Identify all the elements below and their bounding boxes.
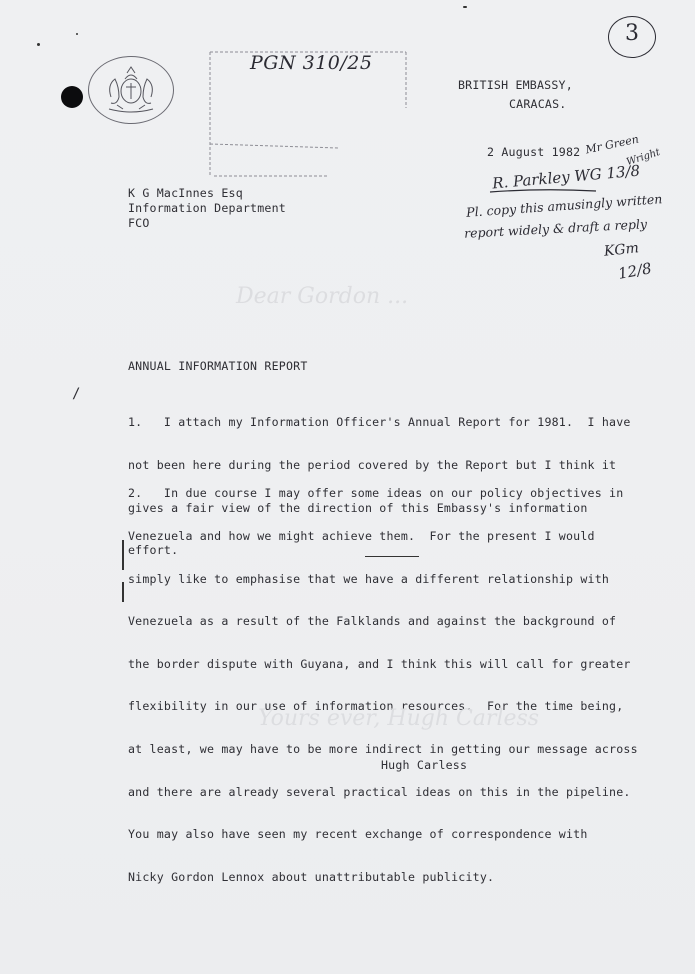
paragraph-line: You may also have seen my recent exchang…	[128, 827, 638, 841]
speck	[463, 6, 467, 8]
letter-date: 2 August 1982	[487, 145, 580, 159]
sender-line-2: CARACAS.	[509, 97, 566, 111]
sender-line-1: BRITISH EMBASSY,	[458, 78, 573, 92]
signature-name: Hugh Carless	[381, 758, 467, 772]
document-page: PGN 310/25 3 BRITISH EMBASSY, CARACAS. 2…	[0, 0, 695, 974]
circled-page-number: 3	[608, 16, 656, 58]
annotation-signoff-initials: KGm	[603, 240, 639, 260]
addressee-organisation: FCO	[128, 216, 150, 230]
annotation-signoff-date: 12/8	[617, 259, 653, 283]
paragraph-line: at least, we may have to be more indirec…	[128, 742, 638, 756]
paragraph-line: Venezuela as a result of the Falklands a…	[128, 614, 638, 628]
faint-closing: Yours ever, Hugh Carless	[258, 706, 539, 731]
speck	[76, 33, 78, 35]
paragraph-line: 2. In due course I may offer some ideas …	[128, 486, 638, 500]
paragraph-line: the border dispute with Guyana, and I th…	[128, 657, 638, 671]
addressee-department: Information Department	[128, 201, 286, 215]
paragraph-line: Nicky Gordon Lennox about unattributable…	[128, 870, 638, 884]
speck	[37, 43, 40, 46]
royal-crest-emblem	[88, 56, 174, 124]
margin-mark-slash: /	[72, 387, 81, 401]
initials-underline	[488, 186, 598, 196]
paragraph-line: simply like to emphasise that we have a …	[128, 572, 638, 586]
punch-hole	[61, 86, 83, 108]
paragraph-line: 1. I attach my Information Officer's Ann…	[128, 415, 631, 429]
paragraph-line: Venezuela and how we might achieve them.…	[128, 529, 638, 543]
registry-stamp-handwriting: PGN 310/25	[250, 52, 372, 74]
underline-indirect	[365, 556, 419, 557]
margin-sideline-1	[122, 540, 124, 570]
margin-sideline-2	[122, 582, 124, 602]
paragraph-line: and there are already several practical …	[128, 785, 638, 799]
subject-heading: ANNUAL INFORMATION REPORT	[128, 359, 308, 373]
annotation-mr-green: Mr Green	[584, 133, 640, 157]
paragraph-2: 2. In due course I may offer some ideas …	[128, 458, 638, 913]
page-number-text: 3	[609, 21, 655, 46]
faint-salutation: Dear Gordon ...	[236, 284, 408, 309]
annotation-note-line-2: report widely & draft a reply	[464, 216, 648, 241]
addressee-name: K G MacInnes Esq	[128, 186, 243, 200]
